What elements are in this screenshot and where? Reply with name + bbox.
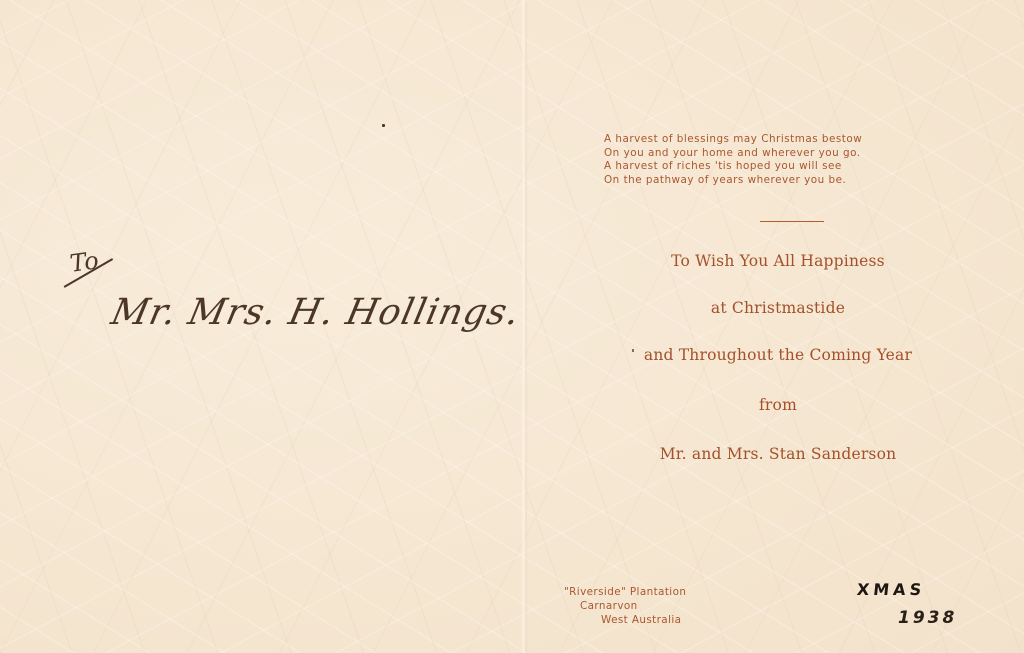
- handwritten-addressee: Mr. Mrs. H. Hollings.: [108, 292, 524, 333]
- sender-address-line: West Australia: [601, 614, 681, 626]
- ink-speck: [382, 124, 385, 127]
- divider-rule: [760, 221, 824, 222]
- verse: A harvest of blessings may Christmas bes…: [604, 133, 1024, 187]
- verse-line: On the pathway of years wherever you be.: [604, 174, 1024, 188]
- greeting-line: To Wish You All Happiness: [528, 252, 1024, 270]
- verse-line: A harvest of riches 'tis hoped you will …: [604, 160, 1024, 174]
- verse-line: A harvest of blessings may Christmas bes…: [604, 133, 1024, 147]
- sender-address-line: Carnarvon: [580, 600, 638, 612]
- greeting-line: and Throughout the Coming Year: [528, 346, 1024, 364]
- greeting-line: at Christmastide: [528, 299, 1024, 317]
- left-panel: To Mr. Mrs. H. Hollings.: [0, 0, 522, 653]
- sender-address-line: "Riverside" Plantation: [564, 586, 686, 598]
- sender-names: Mr. and Mrs. Stan Sanderson: [528, 445, 1024, 463]
- greeting-line: from: [528, 396, 1024, 414]
- right-panel: A harvest of blessings may Christmas bes…: [524, 0, 1024, 653]
- verse-line: On you and your home and wherever you go…: [604, 147, 1024, 161]
- handwritten-xmas: XMAS: [856, 580, 926, 599]
- handwritten-year: 1938: [898, 608, 957, 628]
- christmas-card: To Mr. Mrs. H. Hollings. A harvest of bl…: [0, 0, 1024, 653]
